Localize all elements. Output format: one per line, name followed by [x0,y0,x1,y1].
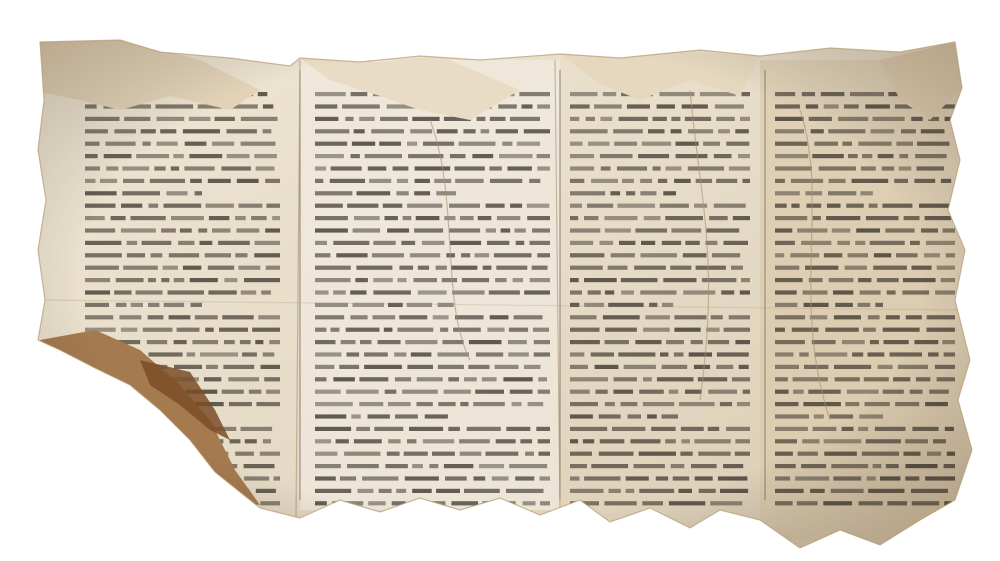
newspaper-fragment [0,0,1000,561]
torn-newspaper-photo [0,0,1000,561]
